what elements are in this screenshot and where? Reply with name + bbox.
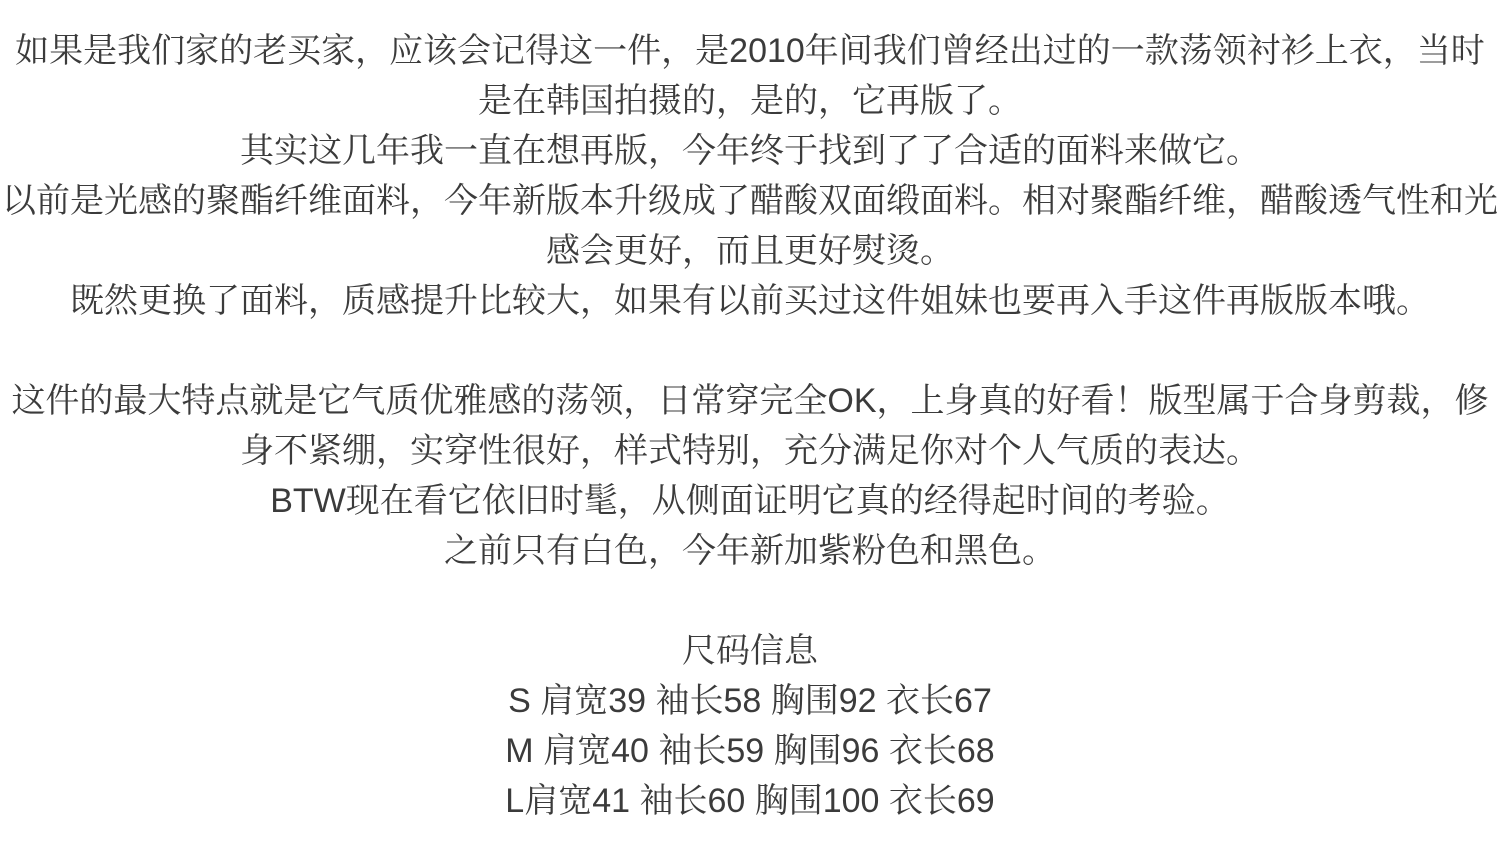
paragraph-btw-timeless: BTW现在看它依旧时髦，从侧面证明它真的经得起时间的考验。 — [2, 476, 1498, 526]
paragraph-features: 这件的最大特点就是它气质优雅感的荡领，日常穿完全OK，上身真的好看！版型属于合身… — [2, 376, 1498, 476]
paragraph-history: 如果是我们家的老买家，应该会记得这一件，是2010年间我们曾经出过的一款荡领衬衫… — [2, 26, 1498, 126]
product-description-page: 如果是我们家的老买家，应该会记得这一件，是2010年间我们曾经出过的一款荡领衬衫… — [0, 0, 1500, 861]
size-row-l: L肩宽41 袖长60 胸围100 衣长69 — [2, 776, 1498, 826]
paragraph-colors: 之前只有白色，今年新加紫粉色和黑色。 — [2, 526, 1498, 576]
size-info-title: 尺码信息 — [2, 626, 1498, 676]
size-row-s: S 肩宽39 袖长58 胸围92 衣长67 — [2, 676, 1498, 726]
size-row-m: M 肩宽40 袖长59 胸围96 衣长68 — [2, 726, 1498, 776]
paragraph-repurchase-note: 既然更换了面料，质感提升比较大，如果有以前买过这件姐妹也要再入手这件再版版本哦。 — [2, 276, 1498, 326]
paragraph-fabric-upgrade: 以前是光感的聚酯纤维面料，今年新版本升级成了醋酸双面缎面料。相对聚酯纤维，醋酸透… — [2, 176, 1498, 276]
paragraph-reissue: 其实这几年我一直在想再版，今年终于找到了了合适的面料来做它。 — [2, 126, 1498, 176]
